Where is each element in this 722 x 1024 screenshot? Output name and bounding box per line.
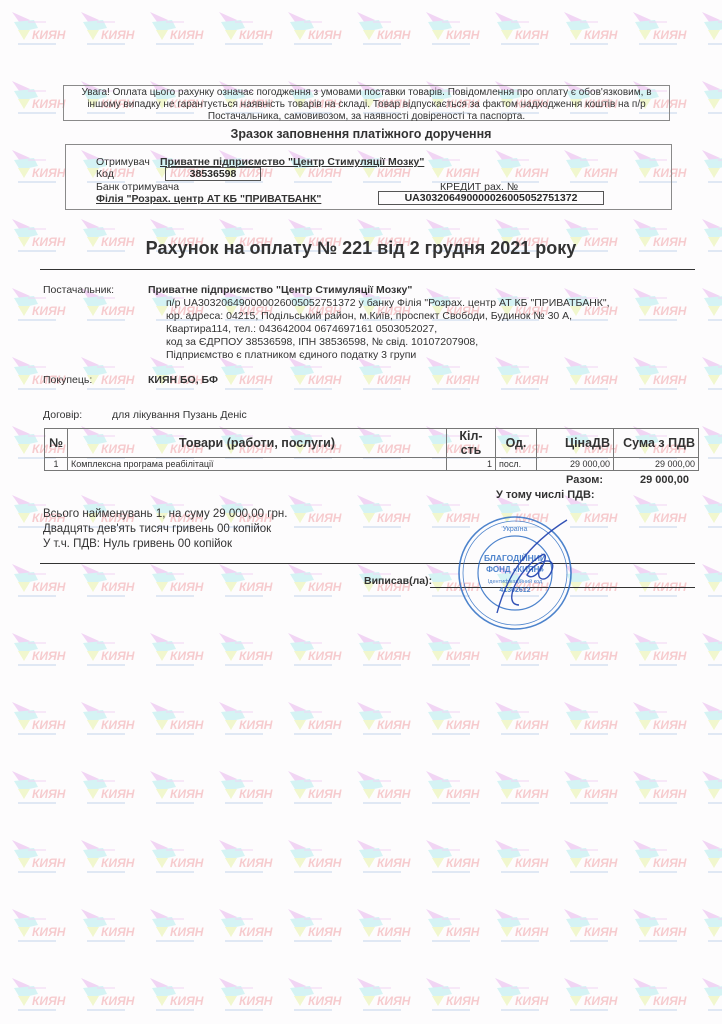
contract-label: Договір: <box>43 409 82 422</box>
buyer-name: КИЯН БО, БФ <box>148 374 218 387</box>
cell-number: 1 <box>45 458 68 471</box>
code-value: 38536598 <box>165 167 261 181</box>
vat-in-words: У т.ч. ПДВ: Нуль гривень 00 копійок <box>43 537 287 552</box>
stamp: Україна БЛАГОДІЙНИЙ ФОНД «КИЯН» Ідентифі… <box>457 515 573 631</box>
cell-goods: Комплексна програма реабілітації <box>68 458 447 471</box>
col-goods: Товари (работи, послуги) <box>68 429 447 458</box>
cell-sum: 29 000,00 <box>614 458 699 471</box>
bank-label: Банк отримувача <box>96 181 179 193</box>
payment-sample-title: Зразок заповнення платіжного доручення <box>0 127 722 141</box>
supplier-detail-line: Квартира114, тел.: 043642004 0674697161 … <box>166 323 706 336</box>
title-divider <box>40 269 695 270</box>
col-unit: Од. <box>496 429 537 458</box>
bank-value: Філія "Розрах. центр АТ КБ "ПРИВАТБАНК" <box>96 193 321 205</box>
code-label: Код <box>96 168 114 180</box>
credit-account-value: UA303206490000026005052751372 <box>378 191 604 205</box>
contract-value: для лікування Пузань Деніс <box>112 409 247 422</box>
recipient-label: Отримувач <box>96 156 150 168</box>
invoice-title: Рахунок на оплату № 221 від 2 грудня 202… <box>0 238 722 259</box>
supplier-detail-line: п/р UA303206490000026005052751372 у банк… <box>166 297 706 310</box>
cell-price: 29 000,00 <box>537 458 614 471</box>
col-price: ЦінаДВ <box>537 429 614 458</box>
summary-divider <box>40 563 695 564</box>
total-value: 29 000,00 <box>640 474 689 486</box>
amount-summary: Всього найменувань 1, на суму 29 000,00 … <box>43 507 287 552</box>
svg-text:БЛАГОДІЙНИЙ: БЛАГОДІЙНИЙ <box>484 552 546 563</box>
buyer-label: Покупець: <box>43 374 92 387</box>
issued-by-label: Виписав(ла): <box>364 575 432 587</box>
payment-sample-box: Отримувач Приватне підприємство "Центр С… <box>65 144 672 210</box>
cell-quantity: 1 <box>447 458 496 471</box>
supplier-detail-line: Підприємство є платником єдиного податку… <box>166 349 706 362</box>
items-table: № Товари (работи, послуги) Кіл-сть Од. Ц… <box>44 428 699 471</box>
svg-text:Україна: Україна <box>503 526 528 533</box>
col-quantity: Кіл-сть <box>447 429 496 458</box>
supplier-detail-line: код за ЄДРПОУ 38536598, ІПН 38536598, № … <box>166 336 706 349</box>
notice-text: Увага! Оплата цього рахунку означає пого… <box>81 87 651 122</box>
supplier-name: Приватне підприємство "Центр Стимуляції … <box>148 284 412 297</box>
total-label: Разом: <box>566 474 603 486</box>
cell-unit: посл. <box>496 458 537 471</box>
invoice-page: Увага! Оплата цього рахунку означає пого… <box>0 0 722 1024</box>
supplier-label: Постачальник: <box>43 284 114 297</box>
payment-notice: Увага! Оплата цього рахунку означає пого… <box>63 85 670 121</box>
col-number: № <box>45 429 68 458</box>
supplier-detail-line: юр. адреса: 04215, Подільський район, м.… <box>166 310 706 323</box>
supplier-details: п/р UA303206490000026005052751372 у банк… <box>166 297 706 362</box>
table-header-row: № Товари (работи, послуги) Кіл-сть Од. Ц… <box>45 429 699 458</box>
table-row: 1 Комплексна програма реабілітації 1 пос… <box>45 458 699 471</box>
amount-in-words: Двадцять дев'ять тисяч гривень 00 копійо… <box>43 522 287 537</box>
col-sum: Сума з ПДВ <box>614 429 699 458</box>
items-count-line: Всього найменувань 1, на суму 29 000,00 … <box>43 507 287 522</box>
vat-label: У тому числі ПДВ: <box>496 489 595 501</box>
